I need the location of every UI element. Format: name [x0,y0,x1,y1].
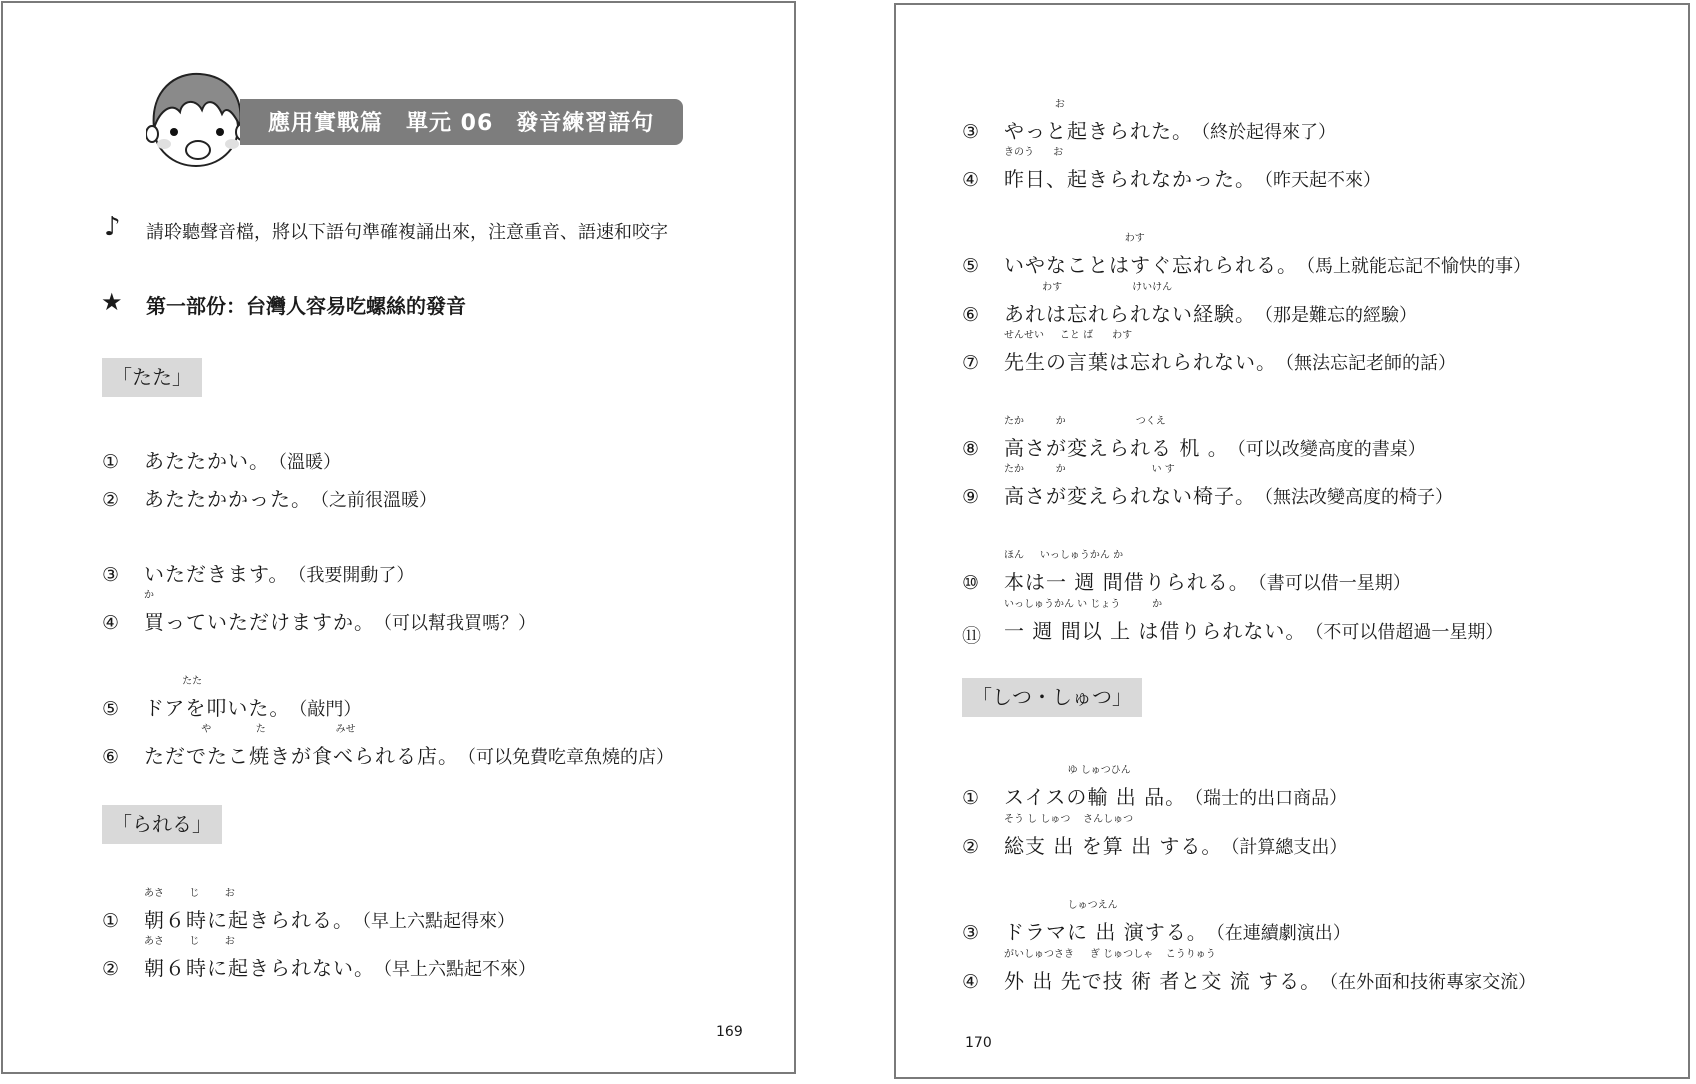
unit-title: 應用實戰篇 單元 06 發音練習語句 [268,106,654,137]
tag-tata: 「たた」 [102,358,202,397]
section-title: 第一部份：台灣人容易吃螺絲的發音 [146,290,466,319]
boy-mascot-icon [146,70,250,170]
star-icon: ★ [101,288,123,316]
tag-rareru: 「られる」 [102,805,222,844]
tag-shitsu-shutsu: 「しつ・しゅつ」 [962,678,1142,717]
music-note-icon: ♪ [104,212,121,242]
intro-instruction: 請聆聽聲音檔，將以下語句準確複誦出來，注意重音、語速和咬字 [146,218,668,244]
page-number: 170 [965,1035,992,1051]
page-number: 169 [716,1024,743,1040]
